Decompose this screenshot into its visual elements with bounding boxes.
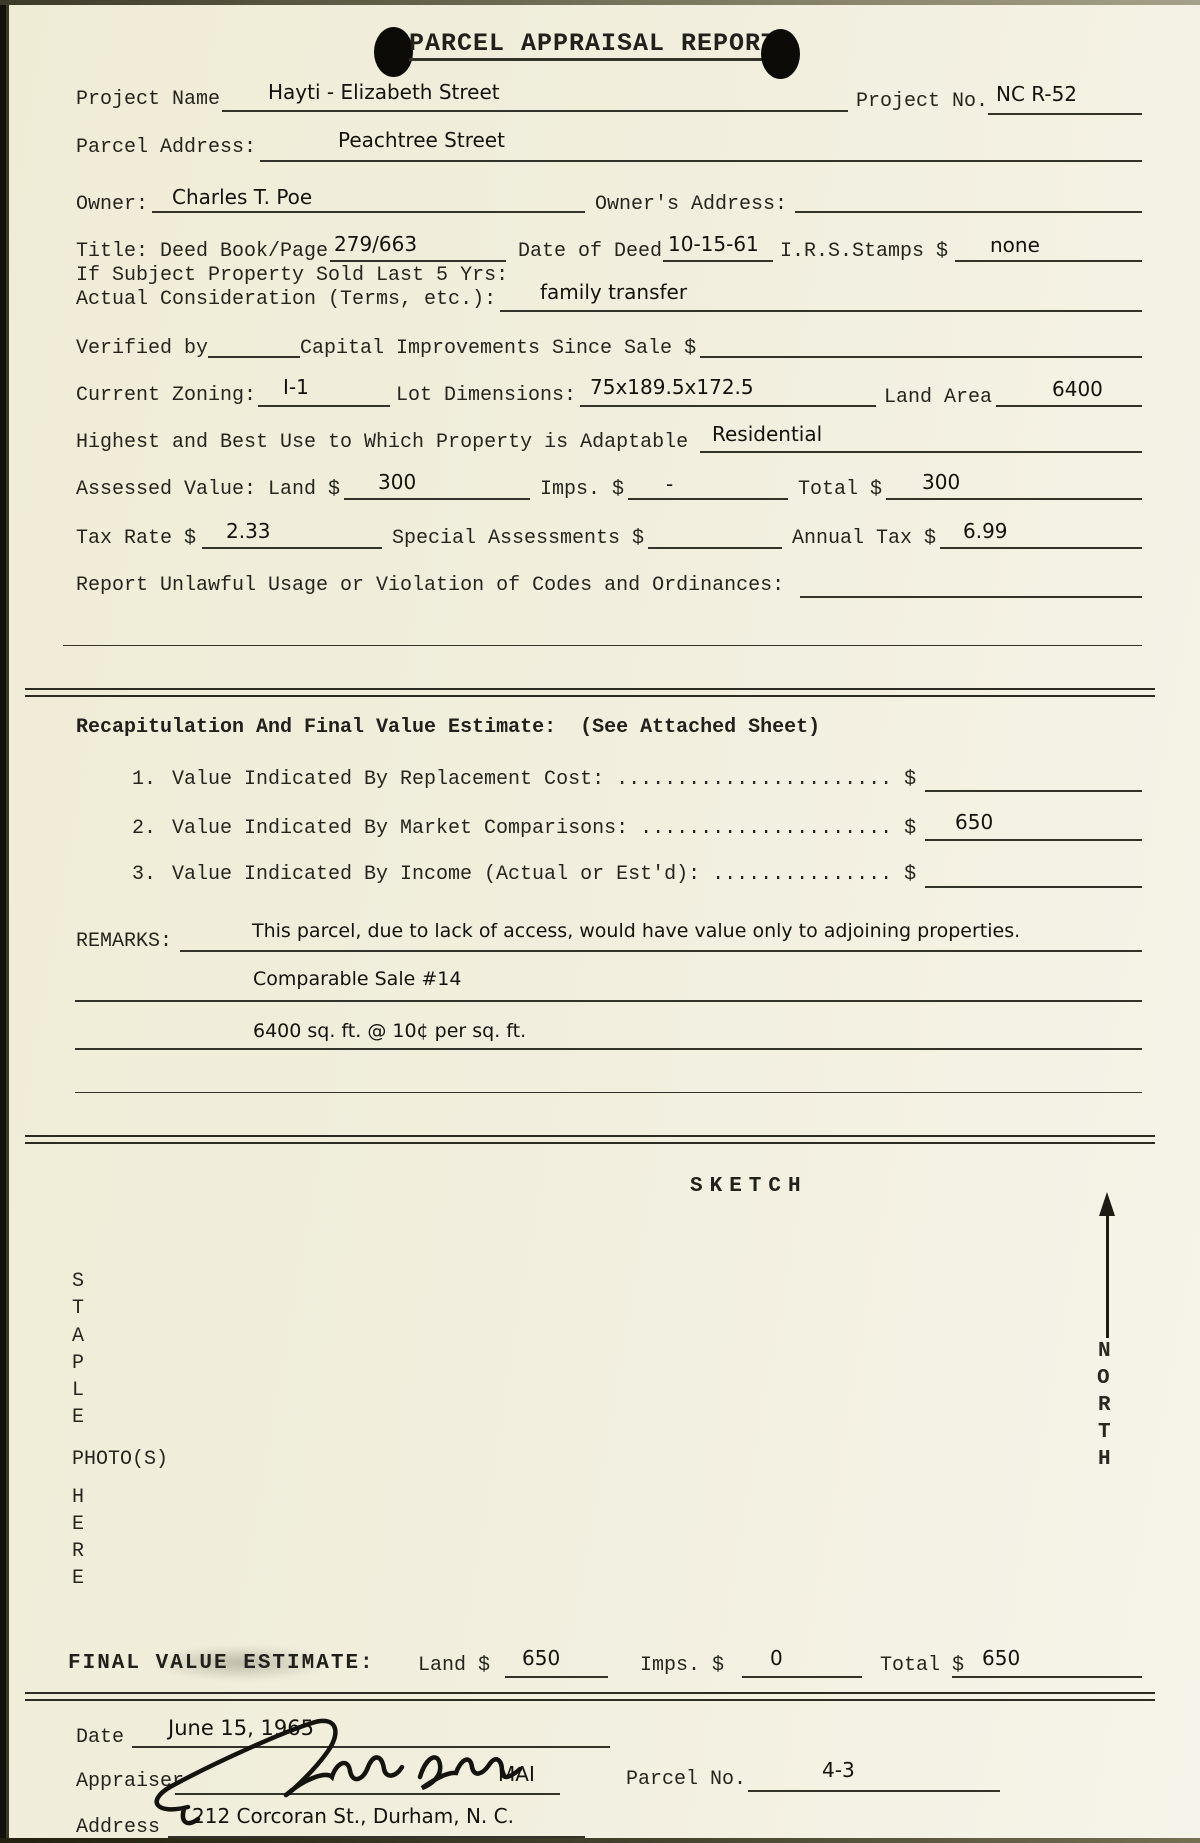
project-name-label: Project Name xyxy=(76,88,220,111)
recap-item-1-dots: ....................... xyxy=(616,768,892,791)
project-no-line xyxy=(988,113,1142,115)
final-total-label: Total $ xyxy=(880,1654,964,1677)
staple-letter-t: T xyxy=(72,1297,84,1320)
recap-item-2-currency: $ xyxy=(904,817,916,840)
project-name-value: Hayti - Elizabeth Street xyxy=(268,80,500,104)
actual-consideration-label: Actual Consideration (Terms, etc.): xyxy=(76,288,496,311)
section-divider-2 xyxy=(25,1135,1155,1144)
project-name-line xyxy=(222,110,848,112)
recap-item-3: Value Indicated By Income (Actual or Est… xyxy=(172,863,916,886)
photos-label: PHOTO(S) xyxy=(72,1448,168,1471)
actual-consideration-value: family transfer xyxy=(540,280,687,304)
north-letter-t: T xyxy=(1098,1421,1111,1444)
recap-item-2-value: 650 xyxy=(955,810,993,834)
tax-rate-line xyxy=(202,547,382,549)
irs-stamps-value: none xyxy=(990,233,1040,257)
address-line xyxy=(168,1836,585,1838)
parcel-address-label: Parcel Address: xyxy=(76,136,256,159)
hole-punch-dot-right xyxy=(761,29,800,79)
parcel-appraisal-report-page: PARCEL APPRAISAL REPORT Project Name Hay… xyxy=(0,0,1200,1843)
date-label: Date xyxy=(76,1726,124,1749)
section-divider-3 xyxy=(25,1692,1155,1701)
parcel-address-line xyxy=(260,160,1142,162)
recap-item-3-dots: ............... xyxy=(712,863,892,886)
owner-line xyxy=(152,211,585,213)
date-of-deed-line xyxy=(663,260,773,262)
final-land-label: Land $ xyxy=(418,1654,490,1677)
capital-improvements-label: Capital Improvements Since Sale $ xyxy=(300,337,696,360)
recap-item-3-label: Value Indicated By Income (Actual or Est… xyxy=(172,863,700,886)
here-letter-r: R xyxy=(72,1540,84,1563)
final-land-line xyxy=(505,1676,608,1678)
deed-book-page-line xyxy=(330,260,506,262)
land-area-line xyxy=(996,405,1142,407)
owner-value: Charles T. Poe xyxy=(172,185,312,209)
recap-item-2-dots: ..................... xyxy=(640,817,892,840)
here-letter-h: H xyxy=(72,1486,84,1509)
project-no-value: NC R-52 xyxy=(996,82,1077,106)
north-letter-o: O xyxy=(1097,1367,1110,1390)
remarks-line-4 xyxy=(75,1092,1142,1093)
parcel-no-label: Parcel No. xyxy=(626,1768,746,1791)
tax-rate-label: Tax Rate $ xyxy=(76,527,196,550)
sold-last-5-label: If Subject Property Sold Last 5 Yrs: xyxy=(76,264,508,287)
recap-item-2-label: Value Indicated By Market Comparisons: xyxy=(172,817,628,840)
recap-item-1-label: Value Indicated By Replacement Cost: xyxy=(172,768,604,791)
staple-letter-a: A xyxy=(72,1325,84,1348)
land-area-value: 6400 xyxy=(1052,377,1103,401)
assessed-total-value: 300 xyxy=(922,470,960,494)
recap-item-3-currency: $ xyxy=(904,863,916,886)
assessed-total-line xyxy=(886,498,1142,500)
annual-tax-line xyxy=(940,547,1142,549)
highest-best-use-value: Residential xyxy=(712,422,822,446)
assessed-total-label: Total $ xyxy=(798,478,882,501)
final-total-value: 650 xyxy=(982,1646,1020,1670)
unlawful-usage-label: Report Unlawful Usage or Violation of Co… xyxy=(76,574,784,597)
recap-item-3-line xyxy=(925,886,1142,888)
staple-letter-s: S xyxy=(72,1270,84,1293)
sketch-heading: SKETCH xyxy=(690,1175,808,1198)
lot-dimensions-value: 75x189.5x172.5 xyxy=(590,375,754,399)
recap-item-2: Value Indicated By Market Comparisons: .… xyxy=(172,817,916,840)
land-area-label: Land Area xyxy=(884,386,992,409)
tax-rate-value: 2.33 xyxy=(226,519,271,543)
final-imps-value: 0 xyxy=(770,1646,783,1670)
assessed-land-line xyxy=(344,498,530,500)
recap-item-1: Value Indicated By Replacement Cost: ...… xyxy=(172,768,916,791)
actual-consideration-line xyxy=(500,310,1142,312)
owners-address-line xyxy=(795,211,1142,213)
remarks-line-3-value: 6400 sq. ft. @ 10¢ per sq. ft. xyxy=(253,1020,526,1042)
lot-dimensions-label: Lot Dimensions: xyxy=(396,384,576,407)
owner-label: Owner: xyxy=(76,193,148,216)
assessed-imps-label: Imps. $ xyxy=(540,478,624,501)
recap-item-1-currency: $ xyxy=(904,768,916,791)
page-title: PARCEL APPRAISAL REPORT xyxy=(409,29,777,58)
unlawful-usage-line xyxy=(800,596,1142,598)
special-assessments-label: Special Assessments $ xyxy=(392,527,644,550)
remarks-label: REMARKS: xyxy=(76,930,172,953)
capital-improvements-line xyxy=(700,356,1142,358)
recap-item-3-num: 3. xyxy=(132,863,156,886)
current-zoning-value: I-1 xyxy=(283,375,309,399)
annual-tax-value: 6.99 xyxy=(963,519,1008,543)
scan-edge-top xyxy=(0,0,1200,5)
north-letter-r: R xyxy=(1098,1394,1111,1417)
project-no-label: Project No. xyxy=(856,90,988,113)
remarks-line-2 xyxy=(75,1000,1142,1002)
north-letter-h: H xyxy=(1098,1448,1111,1471)
hole-punch-dot-left xyxy=(374,27,413,77)
final-value-heading: FINAL VALUE ESTIMATE: xyxy=(68,1652,375,1675)
special-assessments-line xyxy=(648,547,782,549)
assessed-land-label: Assessed Value: Land $ xyxy=(76,478,340,501)
scan-edge-bottom xyxy=(0,1838,1200,1843)
parcel-no-line xyxy=(748,1790,1000,1792)
assessed-imps-line xyxy=(628,498,788,500)
date-of-deed-value: 10-15-61 xyxy=(668,232,759,256)
staple-letter-e: E xyxy=(72,1406,84,1429)
title-underline xyxy=(409,58,781,61)
staple-letter-p: P xyxy=(72,1352,84,1375)
current-zoning-label: Current Zoning: xyxy=(76,384,256,407)
date-of-deed-label: Date of Deed xyxy=(518,240,662,263)
assessed-land-value: 300 xyxy=(378,470,416,494)
recap-item-2-num: 2. xyxy=(132,817,156,840)
recap-item-1-line xyxy=(925,790,1142,792)
remarks-line-2-value: Comparable Sale #14 xyxy=(253,968,461,990)
parcel-no-value: 4-3 xyxy=(822,1758,855,1782)
final-imps-line xyxy=(742,1676,862,1678)
annual-tax-label: Annual Tax $ xyxy=(792,527,936,550)
irs-stamps-line xyxy=(955,260,1142,262)
verified-by-line xyxy=(208,356,300,358)
parcel-address-value: Peachtree Street xyxy=(338,128,505,152)
section-divider-1 xyxy=(25,688,1155,697)
owners-address-label: Owner's Address: xyxy=(595,193,787,216)
remarks-line-3 xyxy=(75,1048,1142,1050)
final-land-value: 650 xyxy=(522,1646,560,1670)
current-zoning-line xyxy=(258,405,390,407)
lot-dimensions-line xyxy=(580,405,876,407)
recap-item-2-line xyxy=(925,839,1142,841)
scan-edge-left xyxy=(0,0,9,1843)
staple-letter-l: L xyxy=(72,1379,84,1402)
address-value: 212 Corcoran St., Durham, N. C. xyxy=(192,1804,514,1828)
here-letter-e2: E xyxy=(72,1567,84,1590)
deed-book-page-label: Title: Deed Book/Page xyxy=(76,240,328,263)
final-imps-label: Imps. $ xyxy=(640,1654,724,1677)
address-label: Address xyxy=(76,1816,160,1839)
highest-best-use-line xyxy=(700,451,1142,453)
irs-stamps-label: I.R.S.Stamps $ xyxy=(780,240,948,263)
deed-book-page-value: 279/663 xyxy=(334,232,417,256)
recap-heading: Recapitulation And Final Value Estimate:… xyxy=(76,716,820,739)
north-letter-n: N xyxy=(1098,1340,1111,1363)
remarks-line-1-value: This parcel, due to lack of access, woul… xyxy=(252,920,1020,942)
remarks-line-1 xyxy=(180,950,1142,952)
highest-best-use-label: Highest and Best Use to Which Property i… xyxy=(76,431,688,454)
verified-by-label: Verified by xyxy=(76,337,208,360)
appraiser-designation: MAI xyxy=(498,1762,535,1786)
final-total-line xyxy=(952,1676,1142,1678)
here-letter-e1: E xyxy=(72,1513,84,1536)
assessed-imps-value: - xyxy=(666,472,673,496)
recap-item-1-num: 1. xyxy=(132,768,156,791)
unlawful-usage-line2 xyxy=(63,645,1142,646)
